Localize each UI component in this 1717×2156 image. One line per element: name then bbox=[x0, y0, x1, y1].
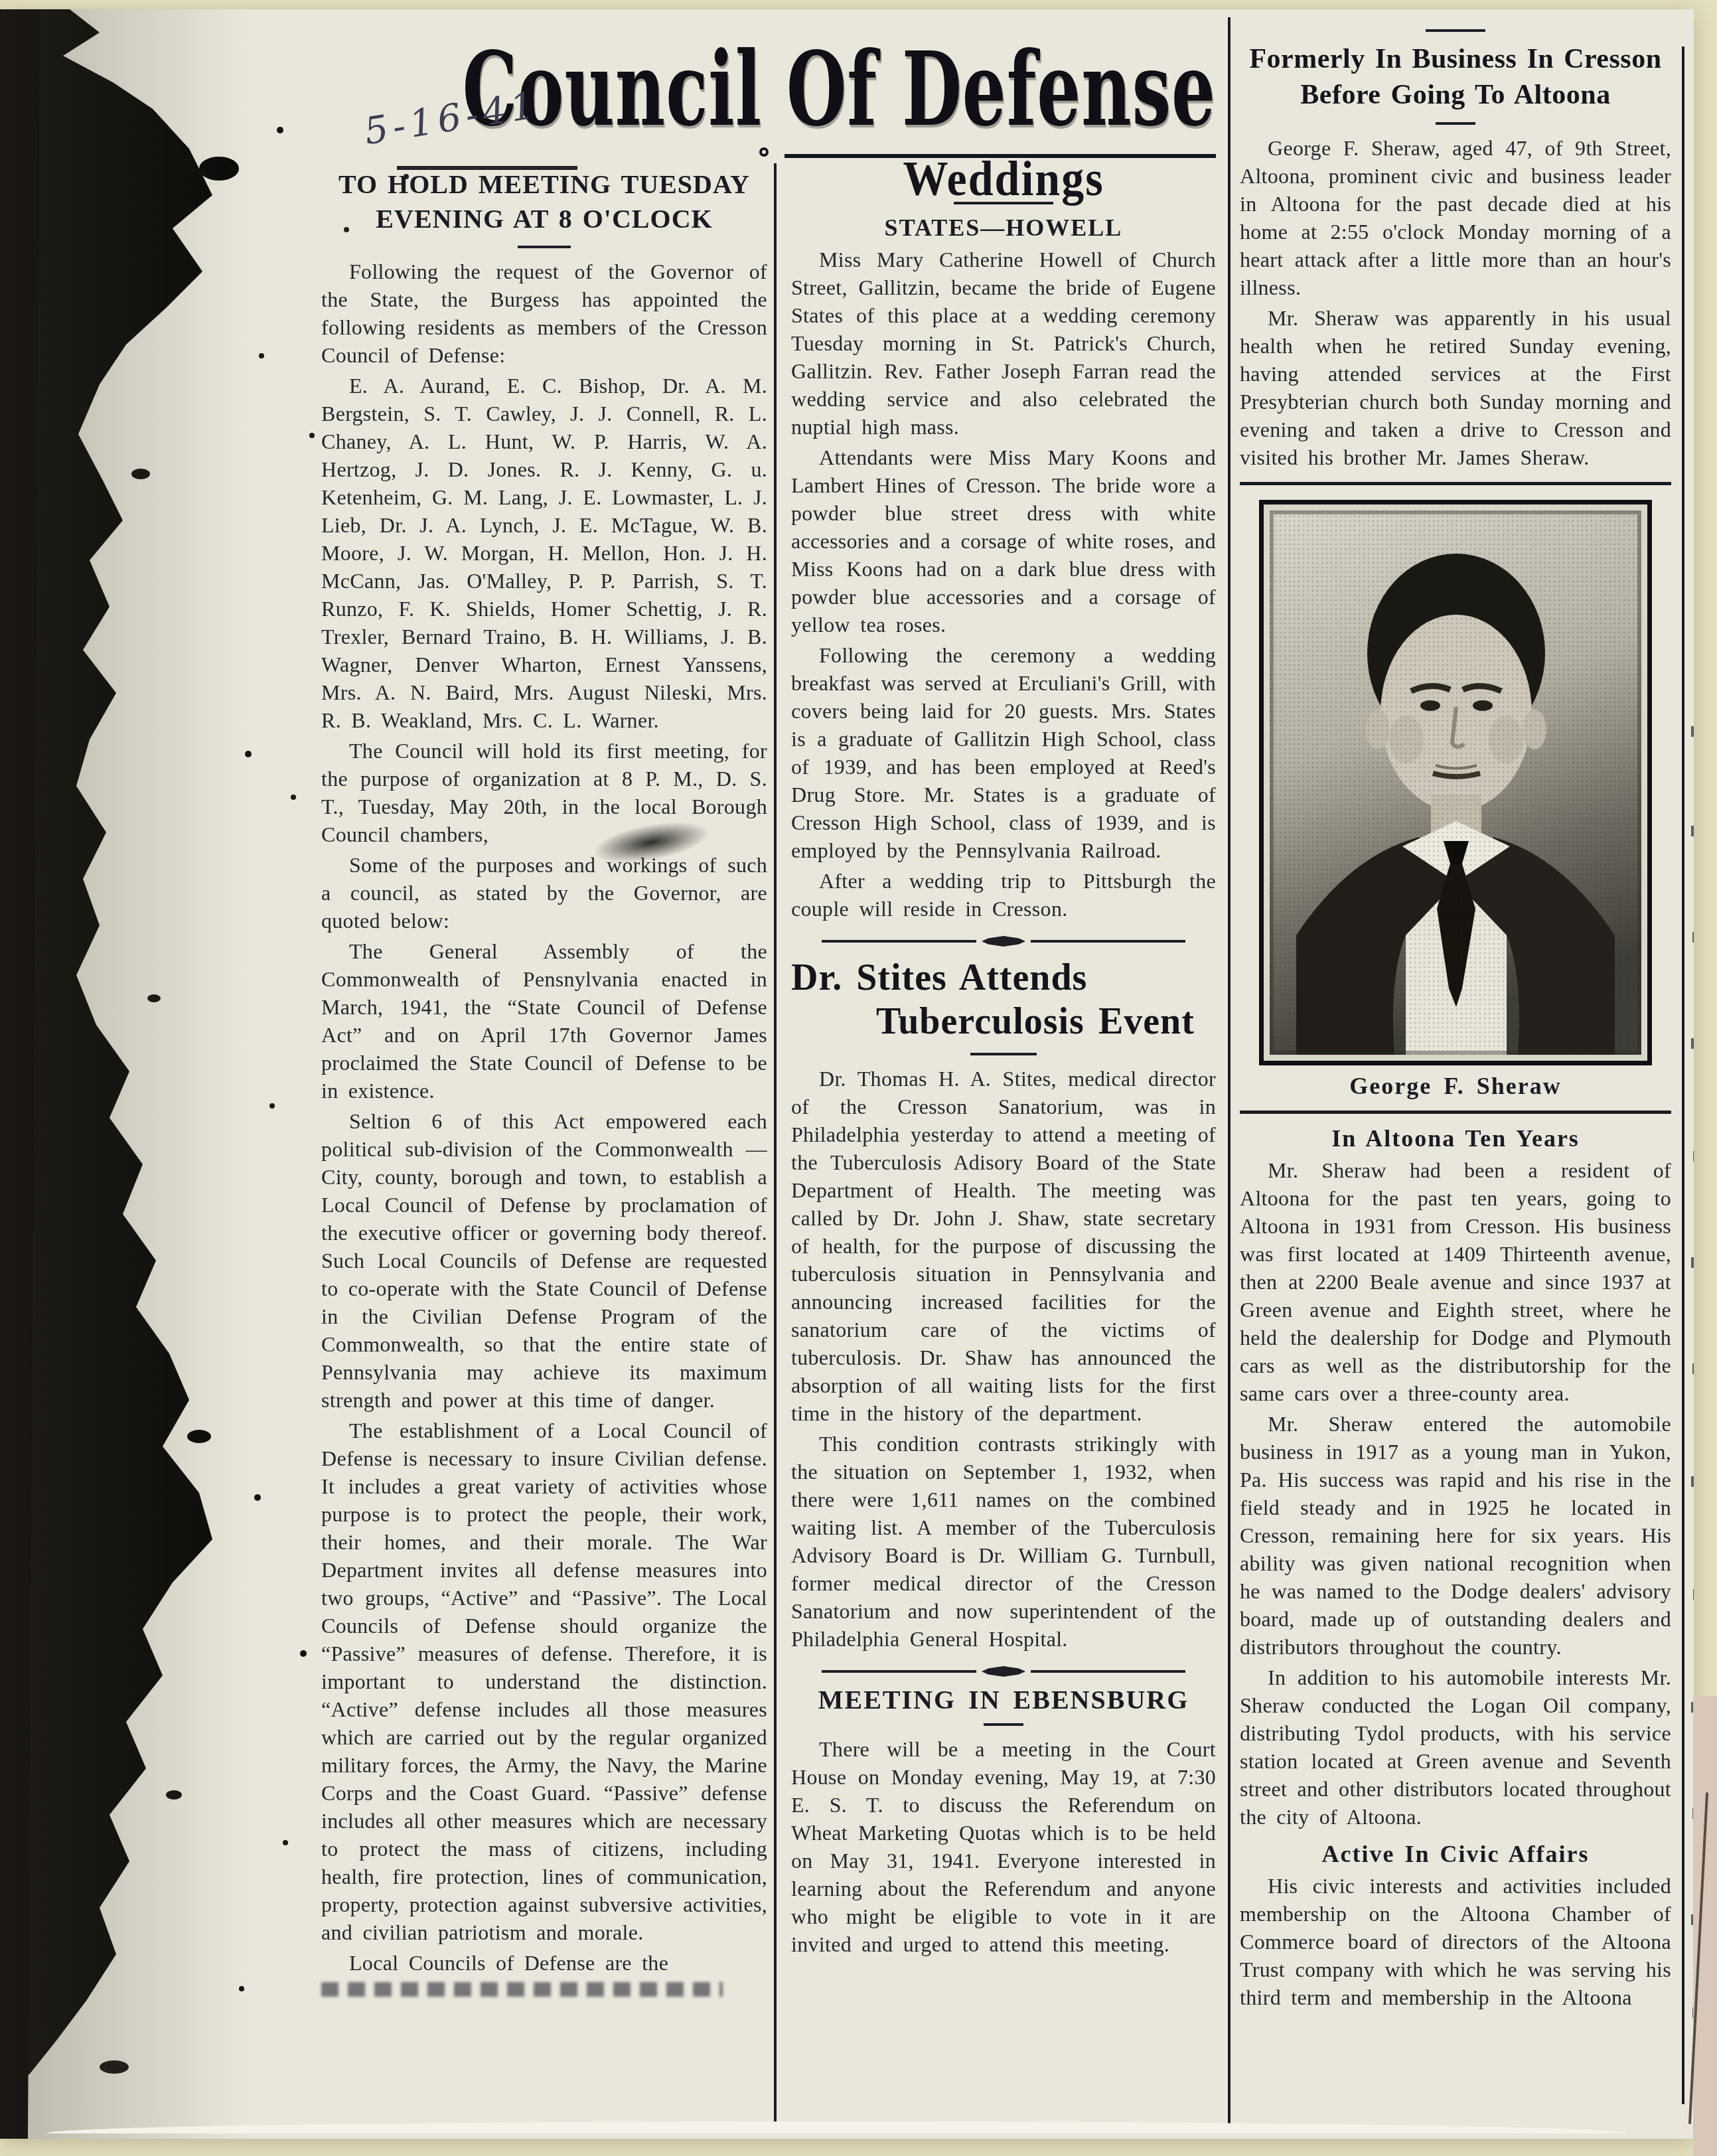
newspaper-scan: { "annotations": { "handwritten_date": "… bbox=[0, 0, 1717, 2156]
stites-title-line2: Tuberculosis Event bbox=[791, 1000, 1216, 1043]
paragraph: Mr. Sheraw had been a resident of Altoon… bbox=[1240, 1156, 1671, 1407]
torn-edge-shadow bbox=[0, 9, 312, 2139]
edge-letter-fragments bbox=[1691, 726, 1694, 737]
paragraph: Some of the purposes and workings of suc… bbox=[321, 851, 767, 935]
paragraph: Mr. Sheraw entered the automobile busine… bbox=[1240, 1410, 1671, 1661]
divider-ornament bbox=[822, 936, 1185, 947]
section-rule bbox=[1426, 29, 1485, 32]
cutoff-line bbox=[321, 1982, 723, 1997]
states-howell-subhead: STATES—HOWELL bbox=[791, 214, 1216, 242]
stites-title: Dr. Stites Attends Tuberculosis Event bbox=[791, 956, 1216, 1043]
paragraph: Dr. Thomas H. A. Stites, medical directo… bbox=[791, 1065, 1216, 1427]
obituary-title-line2: Before Going To Altoona bbox=[1240, 77, 1671, 113]
paragraph: There will be a meeting in the Court Hou… bbox=[791, 1735, 1216, 1958]
paragraph: Following the ceremony a wedding breakfa… bbox=[791, 641, 1216, 864]
obituary-title-line1: Formerly In Business In Cresson bbox=[1240, 41, 1671, 77]
stites-title-line1: Dr. Stites Attends bbox=[791, 957, 1087, 998]
column-rule-1 bbox=[774, 163, 777, 2121]
masthead-title: Council Of Defense bbox=[463, 29, 1210, 149]
paragraph: Local Councils of Defense are the bbox=[321, 1949, 767, 1977]
middle-column: Weddings STATES—HOWELL Miss Mary Catheri… bbox=[791, 165, 1216, 1961]
paragraph: The General Assembly of the Commonwealth… bbox=[321, 937, 767, 1105]
paragraph: Mr. Sheraw was apparently in his usual h… bbox=[1240, 304, 1671, 471]
paragraph: Attendants were Miss Mary Koons and Lamb… bbox=[791, 443, 1216, 639]
paragraph: In addition to his automobile interests … bbox=[1240, 1663, 1671, 1831]
section-subhead: Active In Civic Affairs bbox=[1240, 1840, 1671, 1868]
paragraph: This condition contrasts strikingly with… bbox=[791, 1430, 1216, 1653]
portrait-photo-halftone bbox=[1270, 510, 1641, 1055]
paragraph: His civic interests and activities inclu… bbox=[1240, 1872, 1671, 2011]
masthead-dot bbox=[759, 147, 769, 157]
left-column: TO HOLD MEETING TUESDAY EVENING AT 8 O'C… bbox=[321, 167, 767, 1997]
column-rule-2 bbox=[1228, 17, 1231, 2128]
section-rule bbox=[1436, 122, 1475, 125]
weddings-title: Weddings bbox=[791, 163, 1216, 193]
portrait-photo bbox=[1259, 500, 1652, 1065]
section-rule bbox=[1240, 1111, 1671, 1114]
section-subhead: In Altoona Ten Years bbox=[1240, 1124, 1671, 1152]
divider-ornament bbox=[822, 1666, 1185, 1677]
heading-rule bbox=[518, 246, 571, 248]
article-heading-line: EVENING AT 8 O'CLOCK bbox=[321, 202, 767, 236]
section-rule bbox=[984, 1723, 1023, 1726]
right-paper-strip bbox=[1693, 1696, 1717, 2156]
paragraph: After a wedding trip to Pittsburgh the c… bbox=[791, 867, 1216, 923]
paragraph: Seltion 6 of this Act empowered each pol… bbox=[321, 1107, 767, 1414]
paragraph: Miss Mary Catherine Howell of Church Str… bbox=[791, 246, 1216, 441]
section-rule bbox=[970, 1053, 1037, 1055]
newspaper-clipping: Council Of Defense 5-16-41 TO HOLD MEETI… bbox=[0, 9, 1694, 2139]
article-heading-line: TO HOLD MEETING TUESDAY bbox=[321, 167, 767, 202]
paragraph: George F. Sheraw, aged 47, of 9th Street… bbox=[1240, 134, 1671, 301]
section-rule bbox=[1240, 482, 1671, 485]
ink-specks bbox=[0, 9, 3, 12]
paragraph: Following the request of the Governor of… bbox=[321, 258, 767, 369]
paragraph: The establishment of a Local Council of … bbox=[321, 1417, 767, 1946]
names-paragraph: E. A. Aurand, E. C. Bishop, Dr. A. M. Be… bbox=[321, 372, 767, 734]
photo-caption: George F. Sheraw bbox=[1240, 1072, 1671, 1100]
ebensburg-title: MEETING IN EBENSBURG bbox=[791, 1686, 1216, 1714]
column-rule-3 bbox=[1682, 46, 1684, 2104]
right-column: Formerly In Business In Cresson Before G… bbox=[1240, 20, 1671, 2014]
